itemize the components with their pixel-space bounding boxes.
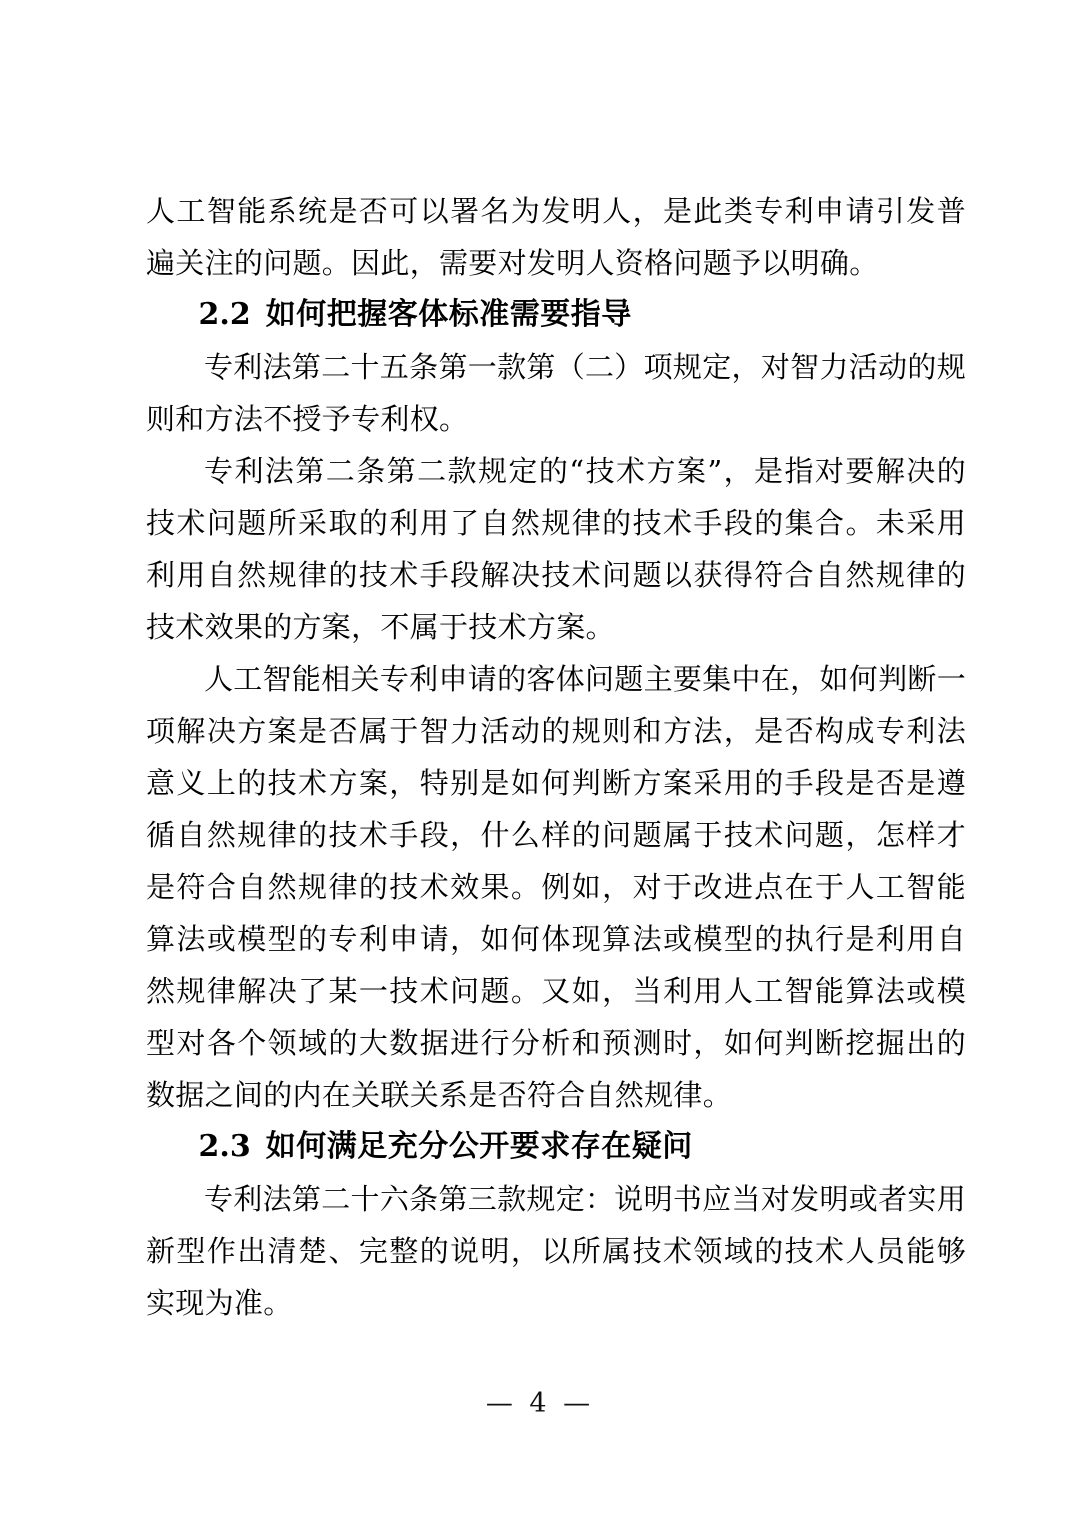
section-title: 如何把握客体标准需要指导: [266, 297, 632, 332]
section-title: 如何满足充分公开要求存在疑问: [266, 1129, 693, 1164]
section-number: 2.2: [199, 297, 251, 332]
paragraph-article-25: 专利法第二十五条第一款第（二）项规定，对智力活动的规则和方法不授予专利权。: [146, 341, 966, 445]
section-heading-2-2: 2.2如何把握客体标准需要指导: [146, 289, 966, 341]
page-number: — 4 —: [0, 1384, 1080, 1424]
paragraph-inventor-continuation: 人工智能系统是否可以署名为发明人，是此类专利申请引发普遍关注的问题。因此，需要对…: [146, 185, 966, 289]
document-page: 人工智能系统是否可以署名为发明人，是此类专利申请引发普遍关注的问题。因此，需要对…: [0, 0, 1080, 1527]
document-body: 人工智能系统是否可以署名为发明人，是此类专利申请引发普遍关注的问题。因此，需要对…: [146, 185, 966, 1329]
paragraph-article-2-technical-solution: 专利法第二条第二款规定的“技术方案”，是指对要解决的技术问题所采取的利用了自然规…: [146, 445, 966, 653]
paragraph-ai-subject-matter-issues: 人工智能相关专利申请的客体问题主要集中在，如何判断一项解决方案是否属于智力活动的…: [146, 653, 966, 1121]
paragraph-article-26-disclosure: 专利法第二十六条第三款规定：说明书应当对发明或者实用新型作出清楚、完整的说明，以…: [146, 1173, 966, 1329]
section-heading-2-3: 2.3如何满足充分公开要求存在疑问: [146, 1121, 966, 1173]
section-number: 2.3: [199, 1129, 251, 1164]
